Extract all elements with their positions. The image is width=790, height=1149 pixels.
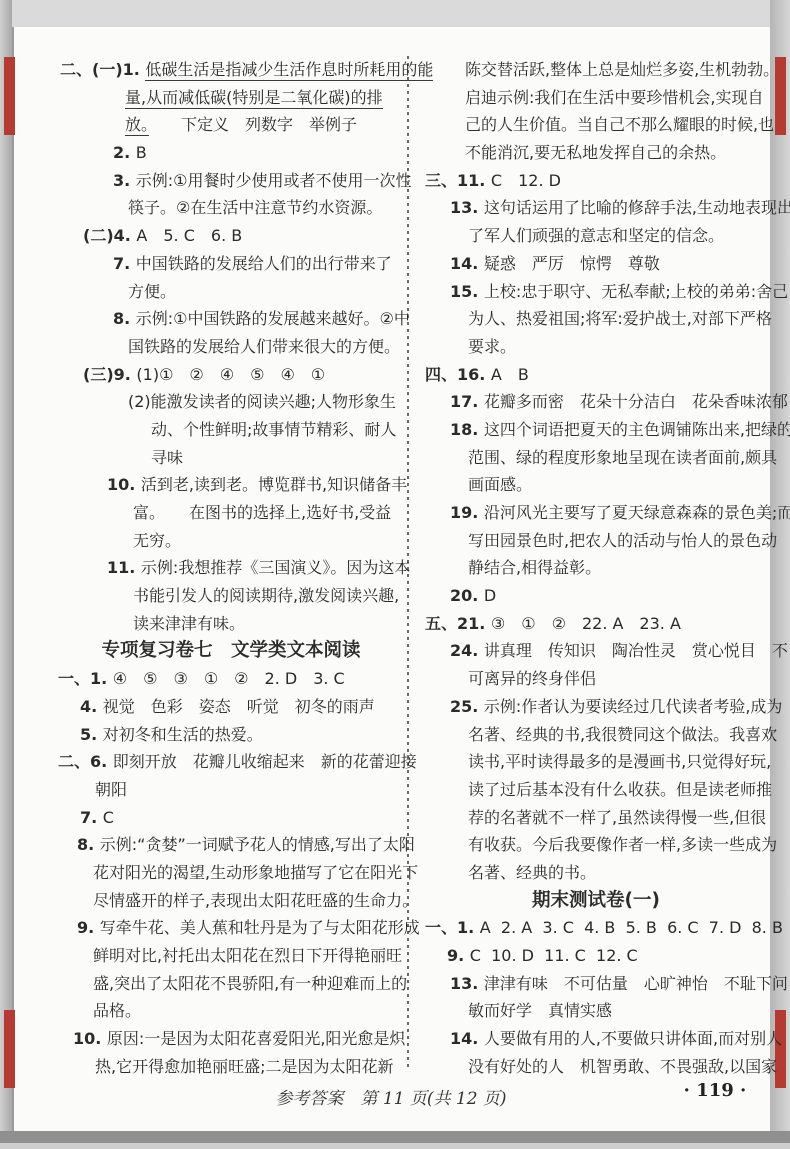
answer-text: 对初冬和生活的热爱。 <box>103 725 263 744</box>
answer-prefix: 7. <box>113 254 136 273</box>
answer-line: 2. B <box>55 139 407 167</box>
answer-line: 书能引发人的阅读期待,激发阅读兴趣, <box>55 582 407 610</box>
answer-line: 敏而好学 真情实感 <box>420 997 772 1025</box>
answer-text: 这四个词语把夏天的主色调铺陈出来,把绿的 <box>484 420 790 439</box>
answer-prefix: 10. <box>73 1029 107 1048</box>
answer-text: 为人、热爱祖国;将军:爱护战士,对部下严格 <box>468 309 772 328</box>
answer-line: 国铁路的发展给人们带来很大的方便。 <box>55 333 407 361</box>
answer-text: 读书,平时读得最多的是漫画书,只觉得好玩, <box>468 752 771 771</box>
answer-prefix: 13. <box>450 198 484 217</box>
answer-line: 14. 人要做有用的人,不要做只讲体面,而对别人 <box>420 1025 772 1053</box>
answer-text: 沿河风光主要写了夏天绿意森森的景色美;而 <box>484 503 790 522</box>
answer-text: 读来津津有味。 <box>133 614 245 633</box>
answer-line: 热,它开得愈加艳丽旺盛;二是因为太阳花新 <box>55 1053 407 1081</box>
answer-text: 活到老,读到老。博览群书,知识储备丰 <box>141 475 407 494</box>
answer-prefix: 8. <box>113 309 136 328</box>
answer-line: (三)9. (1)① ② ④ ⑤ ④ ① <box>55 361 407 389</box>
answer-line: 10. 活到老,读到老。博览群书,知识储备丰 <box>55 471 407 499</box>
answer-prefix: (三)9. <box>83 365 136 384</box>
footer-page-number: · 119 · <box>660 1080 770 1101</box>
answer-line: 写田园景色时,把农人的活动与怡人的景色动 <box>420 527 772 555</box>
answer-text: 名著、经典的书,我很赞同这个做法。我喜欢 <box>468 725 777 744</box>
answer-text: 不能消沉,要无私地发挥自己的余热。 <box>465 143 726 162</box>
answer-text: 写牵牛花、美人蕉和牡丹是为了与太阳花形成 <box>100 918 420 937</box>
answer-line: 荐的名著就不一样了,虽然读得慢一些,但很 <box>420 804 772 832</box>
section-heading: 专项复习卷七 文学类文本阅读 <box>55 637 407 665</box>
answer-line: 一、1. ④ ⑤ ③ ① ② 2. D 3. C <box>55 665 407 693</box>
scan-margin-bottom-light <box>0 1143 790 1149</box>
answer-text: 下定义 列数字 举例子 <box>149 115 357 134</box>
answer-text: D <box>484 586 496 605</box>
answer-line: 尽情盛开的样子,表现出太阳花旺盛的生命力。 <box>55 887 407 915</box>
answer-line: 寻味 <box>55 444 407 472</box>
answer-line: 画面感。 <box>420 471 772 499</box>
answer-line: 量,从而减低碳(特别是二氧化碳)的排 <box>55 84 407 112</box>
answer-line: 24. 讲真理 传知识 陶冶性灵 赏心悦目 不 <box>420 637 772 665</box>
answer-text: 示例:①用餐时少使用或者不使用一次性 <box>136 171 412 190</box>
answer-line: (2)能激发读者的阅读兴趣;人物形象生 <box>55 388 407 416</box>
left-column: 二、(一)1. 低碳生活是指减少生活作息时所耗用的能 量,从而减低碳(特别是二氧… <box>55 56 407 1080</box>
answer-line: 三、11. C 12. D <box>420 167 772 195</box>
answer-line: 有收获。今后我要像作者一样,多读一些成为 <box>420 831 772 859</box>
answer-text: 视觉 色彩 姿态 听觉 初冬的雨声 <box>103 697 375 716</box>
answer-text: 敏而好学 真情实感 <box>468 1001 612 1020</box>
answer-prefix: 4. <box>80 697 103 716</box>
answer-line: 25. 示例:作者认为要读经过几代读者考验,成为 <box>420 693 772 721</box>
answer-text: 示例:①中国铁路的发展越来越好。②中 <box>136 309 410 328</box>
answer-text: ③ ① ② 22. A 23. A <box>491 614 681 633</box>
answer-text: A 5. C 6. B <box>136 226 242 245</box>
answer-text: 写田园景色时,把农人的活动与怡人的景色动 <box>468 531 777 550</box>
answer-line: 3. 示例:①用餐时少使用或者不使用一次性 <box>55 167 407 195</box>
answer-text: 尽情盛开的样子,表现出太阳花旺盛的生命力。 <box>93 891 418 910</box>
answer-text: 品格。 <box>93 1001 141 1020</box>
answer-prefix: 11. <box>107 558 141 577</box>
answer-text: 富。 在图书的选择上,选好书,受益 <box>133 503 391 522</box>
red-edge-mark-top-left <box>4 57 15 135</box>
answer-line: 13. 津津有味 不可估量 心旷神怡 不耻下问 <box>420 970 772 998</box>
answer-line: 启迪示例:我们在生活中要珍惜机会,实现自 <box>420 84 772 112</box>
answer-line: 18. 这四个词语把夏天的主色调铺陈出来,把绿的 <box>420 416 772 444</box>
underlined-text: 放。 <box>125 115 149 136</box>
answer-line: 11. 示例:我想推荐《三国演义》。因为这本 <box>55 554 407 582</box>
answer-text: 示例:“贪婪”一词赋予花人的情感,写出了太阳 <box>100 835 415 854</box>
answer-line: 陈交替活跃,整体上总是灿烂多姿,生机勃勃。 <box>420 56 772 84</box>
answer-text: 名著、经典的书。 <box>468 863 596 882</box>
answer-line: 名著、经典的书。 <box>420 859 772 887</box>
answer-text: 画面感。 <box>468 475 532 494</box>
answer-line: 盛,突出了太阳花不畏骄阳,有一种迎难而上的 <box>55 970 407 998</box>
answer-text: 可离异的终身伴侣 <box>468 669 596 688</box>
answer-line: 8. 示例:“贪婪”一词赋予花人的情感,写出了太阳 <box>55 831 407 859</box>
answer-text: 上校:忠于职守、无私奉献;上校的弟弟:舍己 <box>484 282 788 301</box>
answer-prefix: 8. <box>77 835 100 854</box>
answer-line: 富。 在图书的选择上,选好书,受益 <box>55 499 407 527</box>
answer-line: 8. 示例:①中国铁路的发展越来越好。②中 <box>55 305 407 333</box>
answer-line: 可离异的终身伴侣 <box>420 665 772 693</box>
answer-text: ④ ⑤ ③ ① ② 2. D 3. C <box>113 669 345 688</box>
answer-text: 国铁路的发展给人们带来很大的方便。 <box>128 337 400 356</box>
answer-text: 方便。 <box>128 282 176 301</box>
answer-text: 静结合,相得益彰。 <box>468 558 601 577</box>
answer-prefix: 一、1. <box>425 918 480 937</box>
answer-text: C 12. D <box>491 171 561 190</box>
answer-prefix: 9. <box>447 946 470 965</box>
answer-text: 范围、绿的程度形象地呈现在读者面前,颇具 <box>468 448 777 467</box>
answer-line: (二)4. A 5. C 6. B <box>55 222 407 250</box>
answer-line: 15. 上校:忠于职守、无私奉献;上校的弟弟:舍己 <box>420 278 772 306</box>
answer-prefix: 二、6. <box>58 752 113 771</box>
answer-prefix: 5. <box>80 725 103 744</box>
answer-line: 13. 这句话运用了比喻的修辞手法,生动地表现出 <box>420 194 772 222</box>
answer-line: 5. 对初冬和生活的热爱。 <box>55 721 407 749</box>
answer-line: 鲜明对比,衬托出太阳花在烈日下开得艳丽旺 <box>55 942 407 970</box>
answer-text: C 10. D 11. C 12. C <box>470 946 638 965</box>
answer-line: 读来津津有味。 <box>55 610 407 638</box>
answer-text: 即刻开放 花瓣儿收缩起来 新的花蕾迎接 <box>113 752 417 771</box>
scan-margin-top <box>0 0 790 27</box>
answer-line: 四、16. A B <box>420 361 772 389</box>
answer-line: 名著、经典的书,我很赞同这个做法。我喜欢 <box>420 721 772 749</box>
answer-text: C <box>103 808 114 827</box>
answer-text: 无穷。 <box>133 531 181 550</box>
answer-line: 静结合,相得益彰。 <box>420 554 772 582</box>
answer-text: 没有好处的人 机智勇敢、不畏强敌,以国家 <box>468 1057 777 1076</box>
answer-text: B <box>136 143 147 162</box>
answer-text: 陈交替活跃,整体上总是灿烂多姿,生机勃勃。 <box>465 60 779 79</box>
answer-prefix: 13. <box>450 974 484 993</box>
scan-margin-bottom <box>0 1131 790 1143</box>
answer-text: 读了过后基本没有什么收获。但是读老师推 <box>468 780 772 799</box>
answer-text: 书能引发人的阅读期待,激发阅读兴趣, <box>133 586 399 605</box>
answer-line: 无穷。 <box>55 527 407 555</box>
answer-line: 不能消沉,要无私地发挥自己的余热。 <box>420 139 772 167</box>
answer-line: 了军人们顽强的意志和坚定的信念。 <box>420 222 772 250</box>
answer-prefix: 25. <box>450 697 484 716</box>
answer-text: 这句话运用了比喻的修辞手法,生动地表现出 <box>484 198 790 217</box>
red-edge-mark-bottom-left <box>4 1010 15 1088</box>
answer-line: 20. D <box>420 582 772 610</box>
answer-line: 读书,平时读得最多的是漫画书,只觉得好玩, <box>420 748 772 776</box>
answer-line: 为人、热爱祖国;将军:爱护战士,对部下严格 <box>420 305 772 333</box>
answer-line: 筷子。②在生活中注意节约水资源。 <box>55 194 407 222</box>
answer-text: 荐的名著就不一样了,虽然读得慢一些,但很 <box>468 808 766 827</box>
answer-line: 朝阳 <box>55 776 407 804</box>
answer-line: 品格。 <box>55 997 407 1025</box>
underlined-text: 低碳生活是指减少生活作息时所耗用的能 <box>145 60 433 81</box>
answer-prefix: 一、1. <box>58 669 113 688</box>
answer-text: 己的人生价值。当自己不那么耀眼的时候,也 <box>465 115 774 134</box>
answer-text: 原因:一是因为太阳花喜爱阳光,阳光愈是炽 <box>107 1029 405 1048</box>
answer-prefix: (二)4. <box>83 226 136 245</box>
answer-text: 鲜明对比,衬托出太阳花在烈日下开得艳丽旺 <box>93 946 402 965</box>
answer-prefix: 18. <box>450 420 484 439</box>
answer-prefix: 四、16. <box>425 365 491 384</box>
answer-text: 了军人们顽强的意志和坚定的信念。 <box>468 226 724 245</box>
answer-text: 人要做有用的人,不要做只讲体面,而对别人 <box>484 1029 782 1048</box>
answer-text: 要求。 <box>468 337 516 356</box>
answer-line: 7. 中国铁路的发展给人们的出行带来了 <box>55 250 407 278</box>
answer-line: 17. 花瓣多而密 花朵十分洁白 花朵香味浓郁 <box>420 388 772 416</box>
answer-text: 热,它开得愈加艳丽旺盛;二是因为太阳花新 <box>95 1057 393 1076</box>
answer-prefix: 24. <box>450 641 484 660</box>
answer-prefix: 三、11. <box>425 171 491 190</box>
answer-text: 寻味 <box>151 448 183 467</box>
answer-line: 要求。 <box>420 333 772 361</box>
right-column: 陈交替活跃,整体上总是灿烂多姿,生机勃勃。 启迪示例:我们在生活中要珍惜机会,实… <box>420 56 772 1080</box>
answer-text: 花对阳光的渴望,生动形象地描写了它在阳光下 <box>93 863 418 882</box>
answer-text: A B <box>491 365 529 384</box>
answer-line: 动、个性鲜明;故事情节精彩、耐人 <box>55 416 407 444</box>
answer-text: 中国铁路的发展给人们的出行带来了 <box>136 254 392 273</box>
answer-line: 读了过后基本没有什么收获。但是读老师推 <box>420 776 772 804</box>
answer-line: 花对阳光的渴望,生动形象地描写了它在阳光下 <box>55 859 407 887</box>
answer-line: 一、1. A 2. A 3. C 4. B 5. B 6. C 7. D 8. … <box>420 914 772 942</box>
answer-prefix: 7. <box>80 808 103 827</box>
answer-text: 盛,突出了太阳花不畏骄阳,有一种迎难而上的 <box>93 974 407 993</box>
answer-line: 方便。 <box>55 278 407 306</box>
answer-line: 二、(一)1. 低碳生活是指减少生活作息时所耗用的能 <box>55 56 407 84</box>
answer-text: 讲真理 传知识 陶冶性灵 赏心悦目 不 <box>484 641 788 660</box>
answer-line: 放。 下定义 列数字 举例子 <box>55 111 407 139</box>
answer-prefix: 15. <box>450 282 484 301</box>
answer-text: 疑惑 严厉 惊愕 尊敬 <box>484 254 660 273</box>
answer-prefix: 10. <box>107 475 141 494</box>
answer-prefix: 3. <box>113 171 136 190</box>
answer-prefix: 9. <box>77 918 100 937</box>
answer-line: 19. 沿河风光主要写了夏天绿意森森的景色美;而 <box>420 499 772 527</box>
answer-text: A 2. A 3. C 4. B 5. B 6. C 7. D 8. B <box>480 918 783 937</box>
footer-reference-answers: 参考答案 第 11 页(共 12 页) <box>12 1084 770 1109</box>
section-heading: 期末测试卷(一) <box>420 887 772 915</box>
answer-line: 4. 视觉 色彩 姿态 听觉 初冬的雨声 <box>55 693 407 721</box>
underlined-text: 量,从而减低碳(特别是二氧化碳)的排 <box>125 88 383 109</box>
answer-prefix: 14. <box>450 1029 484 1048</box>
scan-margin-left <box>0 0 12 1149</box>
answer-text: 有收获。今后我要像作者一样,多读一些成为 <box>468 835 777 854</box>
answer-prefix: 17. <box>450 392 484 411</box>
answer-prefix: 20. <box>450 586 484 605</box>
answer-line: 二、6. 即刻开放 花瓣儿收缩起来 新的花蕾迎接 <box>55 748 407 776</box>
answer-line: 五、21. ③ ① ② 22. A 23. A <box>420 610 772 638</box>
answer-text: 启迪示例:我们在生活中要珍惜机会,实现自 <box>465 88 763 107</box>
answer-line: 10. 原因:一是因为太阳花喜爱阳光,阳光愈是炽 <box>55 1025 407 1053</box>
answer-text: 筷子。②在生活中注意节约水资源。 <box>128 198 382 217</box>
answer-line: 9. C 10. D 11. C 12. C <box>420 942 772 970</box>
answer-line: 14. 疑惑 严厉 惊愕 尊敬 <box>420 250 772 278</box>
answer-text: 朝阳 <box>95 780 127 799</box>
answer-line: 7. C <box>55 804 407 832</box>
answer-prefix: 19. <box>450 503 484 522</box>
answer-text: 示例:我想推荐《三国演义》。因为这本 <box>141 558 410 577</box>
answer-text: 动、个性鲜明;故事情节精彩、耐人 <box>151 420 396 439</box>
answer-text: 示例:作者认为要读经过几代读者考验,成为 <box>484 697 782 716</box>
answer-prefix: 五、21. <box>425 614 491 633</box>
answer-text: 花瓣多而密 花朵十分洁白 花朵香味浓郁 <box>484 392 788 411</box>
answer-prefix: 2. <box>113 143 136 162</box>
answer-line: 9. 写牵牛花、美人蕉和牡丹是为了与太阳花形成 <box>55 914 407 942</box>
answer-line: 己的人生价值。当自己不那么耀眼的时候,也 <box>420 111 772 139</box>
answer-prefix: 二、(一)1. <box>60 60 145 79</box>
answer-text: (2)能激发读者的阅读兴趣;人物形象生 <box>128 392 396 411</box>
answer-text: 津津有味 不可估量 心旷神怡 不耻下问 <box>484 974 788 993</box>
answer-line: 范围、绿的程度形象地呈现在读者面前,颇具 <box>420 444 772 472</box>
answer-text: (1)① ② ④ ⑤ ④ ① <box>136 365 325 384</box>
answer-line: 没有好处的人 机智勇敢、不畏强敌,以国家 <box>420 1053 772 1081</box>
answer-prefix: 14. <box>450 254 484 273</box>
